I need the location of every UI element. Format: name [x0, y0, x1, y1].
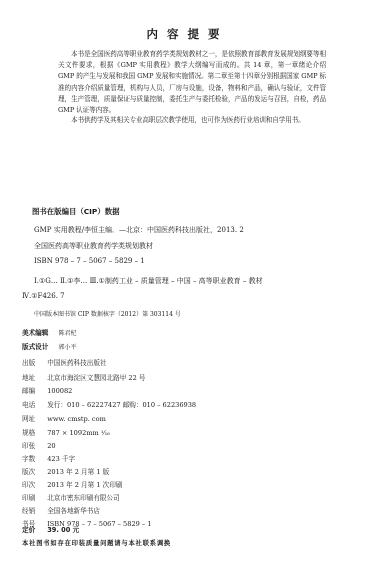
pub-row-printing: 印次2013 年 2 月第 1 次印刷 — [22, 479, 122, 489]
pub-label: 印刷 — [22, 494, 35, 502]
pub-value: 北京市密东印刷有限公司 — [47, 494, 120, 502]
credit-row-art-editor: 美术编辑 陈君杞 — [22, 327, 77, 337]
pub-label: 邮编 — [22, 387, 35, 395]
pub-label: 版次 — [22, 468, 35, 476]
summary-title: 内容提要 — [0, 26, 375, 42]
pub-label: 地址 — [22, 374, 35, 382]
pub-value: 北京市海淀区文慧园北路甲 22 号 — [47, 374, 145, 382]
pub-label: 印张 — [22, 442, 35, 450]
pub-value: 39. 00 元 — [47, 526, 79, 534]
cip-line: GMP 实用教程/李恒主编．—北京：中国医药科技出版社，2013. 2 — [34, 225, 244, 235]
credit-value: 陈君杞 — [58, 330, 76, 337]
pub-row-word-count: 字数423 千字 — [22, 453, 75, 463]
cip-line: ISBN 978 – 7 – 5067 – 5829 – 1 — [34, 257, 145, 265]
pub-row-sheets: 印张20 — [22, 440, 56, 450]
pub-row-edition: 版次2013 年 2 月第 1 版 — [22, 466, 109, 476]
pub-value: 2013 年 2 月第 1 版 — [47, 468, 109, 476]
pub-value: 787 × 1092mm ¹⁄₁₆ — [47, 429, 110, 437]
cip-heading: 图书在版编目（CIP）数据 — [32, 206, 120, 217]
pub-row-address: 地址北京市海淀区文慧园北路甲 22 号 — [22, 372, 146, 382]
cip-line: 全国医药高等职业教育药学类规划教材 — [34, 241, 153, 251]
summary-paragraph-1: 本书是全国医药高等职业教育药学类规划教材之一，是依照教育部教育发展规划纲要等相关… — [58, 49, 326, 116]
pub-label: 电话 — [22, 401, 35, 409]
credit-value: 郭小平 — [58, 344, 76, 351]
pub-value: 100082 — [47, 387, 72, 395]
pub-value: 20 — [47, 442, 55, 450]
pub-label: 字数 — [22, 455, 35, 463]
credit-label: 版式设计 — [22, 343, 48, 351]
pub-row-distributor: 经销全国各地新华书店 — [22, 505, 100, 515]
pub-value: 全国各地新华书店 — [47, 507, 100, 515]
pub-value: 发行：010 – 62227427 邮购：010 – 62236938 — [47, 401, 196, 409]
pub-row-postcode: 邮编100082 — [22, 385, 72, 395]
pub-value: 中国医药科技出版社 — [47, 359, 106, 367]
quality-notice: 本社图书如存在印装质量问题请与本社联系调换 — [22, 538, 171, 547]
pub-row-printer: 印刷北京市密东印刷有限公司 — [22, 492, 120, 502]
pub-row-format: 规格787 × 1092mm ¹⁄₁₆ — [22, 427, 110, 437]
pub-label: 印次 — [22, 481, 35, 489]
pub-label: 网址 — [22, 415, 35, 423]
pub-row-website: 网址www. cmstp. com — [22, 413, 106, 423]
pub-value: 423 千字 — [47, 455, 75, 463]
cip-line: Ⅰ.①G… Ⅱ.①李… Ⅲ.①制药工业 – 质量管理 – 中国 – 高等职业教育… — [34, 276, 263, 286]
cip-verification: 中国版本图书馆 CIP 数据核字（2012）第 303114 号 — [34, 309, 181, 318]
pub-label: 出版 — [22, 359, 35, 367]
summary-paragraph-2: 本书供药学及其相关专业高职层次教学使用，也可作为医药行业培训和自学用书。 — [58, 115, 326, 126]
cip-line: Ⅳ.①F426. 7 — [22, 292, 65, 300]
credit-row-layout-design: 版式设计 郭小平 — [22, 341, 77, 351]
pub-row-publisher: 出版中国医药科技出版社 — [22, 357, 107, 367]
pub-row-price: 定价39. 00 元 — [22, 524, 79, 534]
pub-value: www. cmstp. com — [47, 415, 106, 423]
pub-row-phone: 电话发行：010 – 62227427 邮购：010 – 62236938 — [22, 399, 196, 409]
pub-label: 规格 — [22, 429, 35, 437]
pub-value: 2013 年 2 月第 1 次印刷 — [47, 481, 122, 489]
pub-label: 定价 — [22, 526, 35, 534]
pub-label: 经销 — [22, 507, 35, 515]
credit-label: 美术编辑 — [22, 329, 48, 337]
